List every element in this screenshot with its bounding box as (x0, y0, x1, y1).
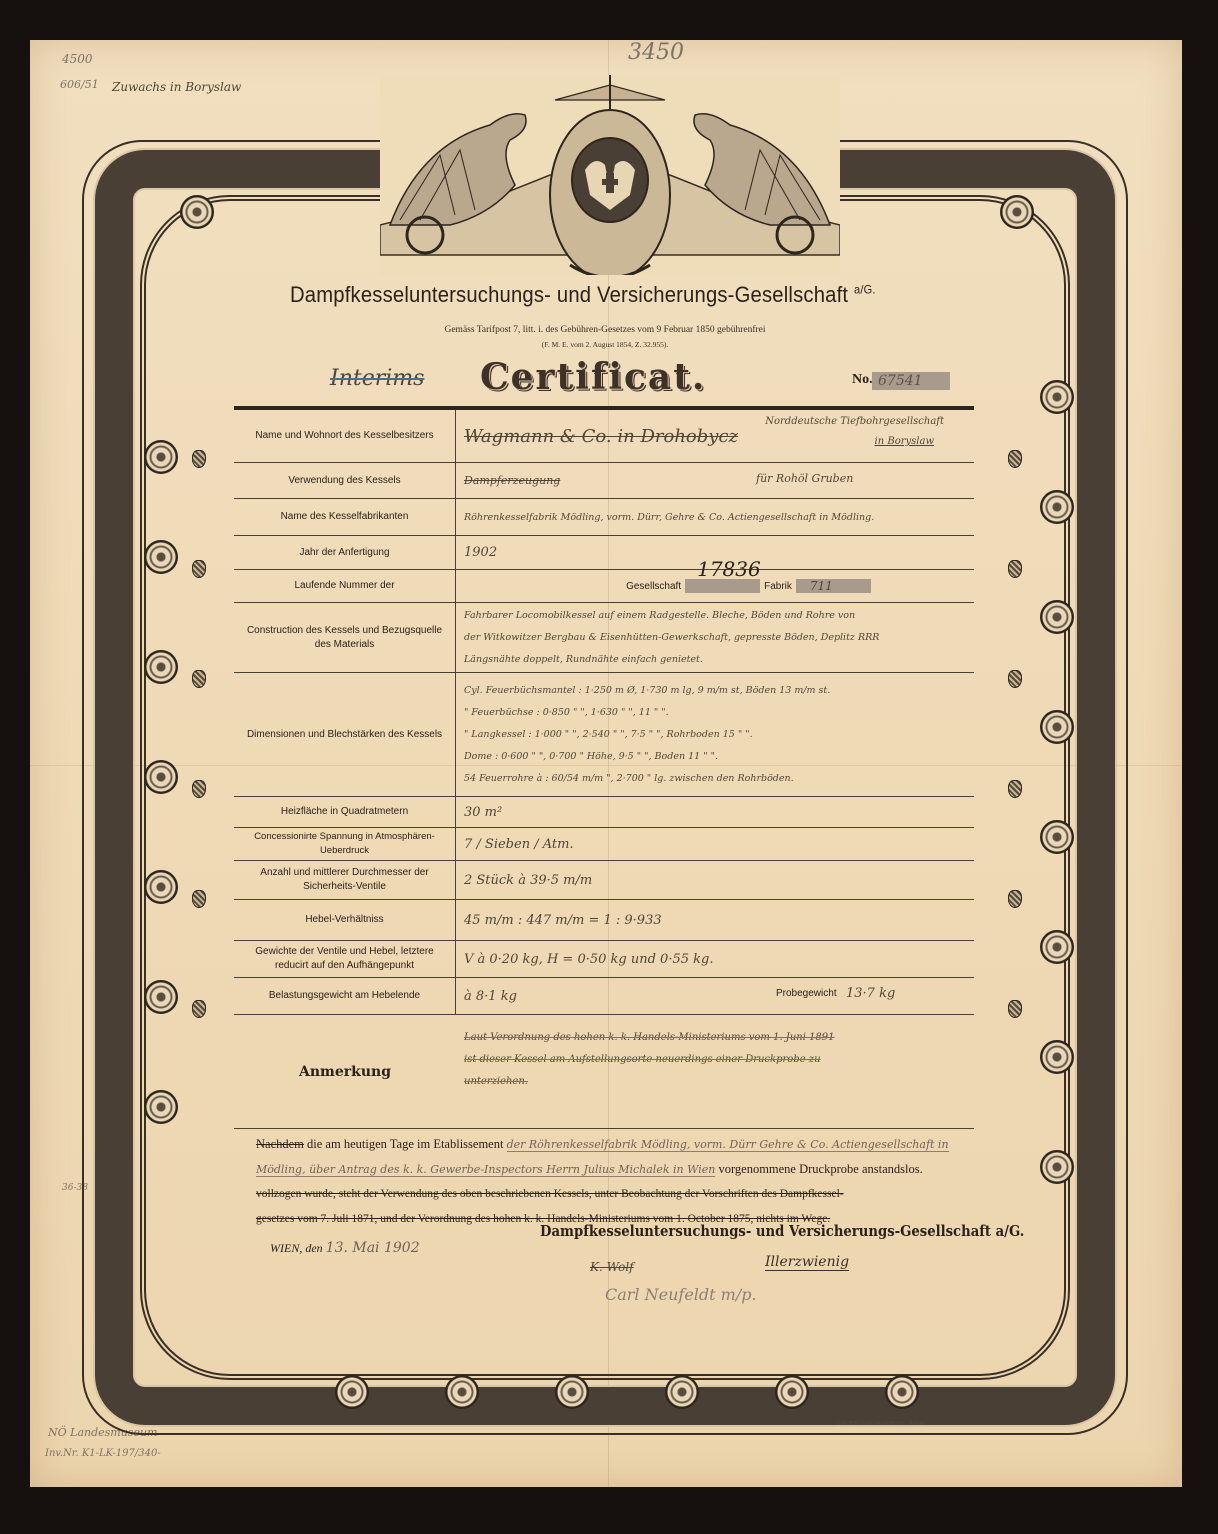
row-label: Name des Kesselfabrikanten (234, 499, 456, 535)
company-suffix: a/G. (854, 283, 876, 297)
acorn-ornament (1008, 670, 1022, 688)
construction-line: Fahrbarer Locomobilkessel auf einem Radg… (464, 605, 966, 627)
statement-word-nachdem: Nachdem (256, 1137, 304, 1151)
row-label: Verwendung des Kessels (234, 463, 456, 498)
statement-text: vorgenommene Druckprobe (718, 1162, 858, 1176)
dimension-line: Dome : 0·600 " ", 0·700 " Höhe, 9·5 " ",… (464, 746, 966, 768)
statement-struck-line: vollzogen wurde, steht der Verwendung de… (256, 1182, 956, 1207)
fabrik-number: 711 (796, 579, 871, 593)
probe-weight-label: Probegewicht (776, 988, 837, 999)
table-row-manufacturer: Name des Kesselfabrikanten Röhrenkesself… (234, 499, 974, 536)
table-row-year: Jahr der Anfertigung 1902 (234, 536, 974, 570)
row-label: Laufende Nummer der (234, 570, 456, 602)
signature-struck: K. Wolf (590, 1260, 634, 1274)
row-label: Jahr der Anfertigung (234, 536, 456, 569)
row-label: Concessionirte Spannung in Atmosphären-U… (234, 828, 456, 860)
rosette-ornament (144, 870, 178, 904)
rosette-ornament (555, 1375, 589, 1409)
row-label: Name und Wohnort des Kesselbesitzers (234, 410, 456, 462)
row-label: Hebel-Verhältniss (234, 900, 456, 940)
rosette-ornament (1040, 490, 1074, 524)
row-value: 45 m/m : 447 m/m = 1 : 9·933 (456, 900, 974, 940)
owner-added-line2: in Boryslaw (875, 436, 934, 447)
owner-added-line1: Norddeutsche Tiefbohrgesellschaft (765, 416, 944, 427)
pencil-note-4500: 4500 (62, 52, 93, 66)
probe-weight-value: 13·7 kg (846, 986, 895, 1001)
table-row-lever-ratio: Hebel-Verhältniss 45 m/m : 447 m/m = 1 :… (234, 900, 974, 941)
company-signature-heading: Dampfkesseluntersuchungs- und Versicheru… (540, 1222, 1024, 1240)
signature-main: Illerzwienig (765, 1254, 849, 1271)
place-date: WIEN, den 13. Mai 1902 (270, 1240, 420, 1256)
certificate-number-value: 67541 (872, 372, 950, 390)
row-value: Dampferzeugung für Rohöl Gruben (456, 463, 974, 498)
rosette-ornament (665, 1375, 699, 1409)
construction-line: Längsnähte doppelt, Rundnähte einfach ge… (464, 649, 966, 671)
pencil-note-3450: 3450 (628, 40, 684, 65)
remark-struck-line: ist dieser Kessel am Aufstellungsorte ne… (464, 1049, 966, 1071)
struck-interims-word: Interims (330, 366, 424, 391)
table-row-heating-surface: Heizfläche in Quadratmetern 30 m² (234, 797, 974, 828)
pencil-note-inventory: 606/51 (60, 78, 99, 91)
acorn-ornament (192, 560, 206, 578)
rosette-ornament (144, 440, 178, 474)
usage-struck-text: Dampferzeugung (464, 474, 966, 487)
company-name-heading: Dampfkesseluntersuchungs- und Versicheru… (290, 282, 879, 308)
acorn-ornament (192, 450, 206, 468)
row-value: Cyl. Feuerbüchsmantel : 1·250 m Ø, 1·730… (456, 673, 974, 796)
museum-stamp-line2: Inv.Nr. K1-LK-197/340- (45, 1448, 161, 1459)
rosette-ornament (1040, 1150, 1074, 1184)
tariff-note-line2: (F. M. E. vom 2. August 1854, Z. 32.955)… (255, 340, 955, 349)
acorn-ornament (192, 1000, 206, 1018)
rosette-ornament (885, 1375, 919, 1409)
gesellschaft-number: 17836 (697, 557, 761, 581)
rosette-ornament (335, 1375, 369, 1409)
table-row-load-weight: Belastungsgewicht am Hebelende à 8·1 kg … (234, 978, 974, 1015)
table-row-remarks: Anmerkung Laut Verordnung des hohen k. k… (234, 1015, 974, 1129)
dimension-line: " Langkessel : 1·000 " ", 2·540 " ", 7·5… (464, 724, 966, 746)
table-row-construction: Construction des Kessels und Bezugsquell… (234, 603, 974, 673)
row-value: Fahrbarer Locomobilkessel auf einem Radg… (456, 603, 974, 672)
table-row-usage: Verwendung des Kessels Dampferzeugung fü… (234, 463, 974, 499)
tariff-note-line1: Gemäss Tarifpost 7, litt. i. des Gebühre… (255, 325, 955, 335)
dimension-line: 54 Feuerrohre à : 60/54 m/m ", 2·700 " l… (464, 768, 966, 790)
rosette-ornament (144, 1090, 178, 1124)
row-label: Heizfläche in Quadratmetern (234, 797, 456, 827)
row-value: 7 / Sieben / Atm. (456, 828, 974, 860)
table-row-dimensions: Dimensionen und Blechstärken des Kessels… (234, 673, 974, 797)
table-row-serial: Laufende Nummer der Gesellschaft 17836 F… (234, 570, 974, 603)
table-row-pressure: Concessionirte Spannung in Atmosphären-U… (234, 828, 974, 861)
signature-pencil: Carl Neufeldt m/p. (605, 1285, 757, 1304)
table-row-safety-valves: Anzahl und mittlerer Durchmesser der Sic… (234, 861, 974, 900)
gesellschaft-box: 17836 (685, 579, 760, 593)
fabrik-label: Fabrik (764, 581, 792, 592)
row-value: V à 0·20 kg, H = 0·50 kg und 0·55 kg. (456, 941, 974, 977)
dimension-line: Cyl. Feuerbüchsmantel : 1·250 m Ø, 1·730… (464, 680, 966, 702)
acorn-ornament (192, 780, 206, 798)
row-label: Dimensionen und Blechstärken des Kessels (234, 673, 456, 796)
row-label: Anzahl und mittlerer Durchmesser der Sic… (234, 861, 456, 899)
row-value: Röhrenkesselfabrik Mödling, vorm. Dürr, … (456, 499, 974, 535)
acorn-ornament (1008, 780, 1022, 798)
gesellschaft-label: Gesellschaft (626, 581, 681, 592)
table-row-weights: Gewichte der Ventile und Hebel, letztere… (234, 941, 974, 978)
row-label: Anmerkung (234, 1015, 456, 1128)
rosette-ornament (144, 980, 178, 1014)
acorn-ornament (192, 670, 206, 688)
rosette-ornament (144, 760, 178, 794)
acorn-ornament (1008, 560, 1022, 578)
row-value: Laut Verordnung des hohen k. k. Handels-… (456, 1015, 974, 1128)
row-value: Gesellschaft 17836 Fabrik 711 (456, 570, 974, 602)
row-label: Construction des Kessels und Bezugsquell… (234, 603, 456, 672)
rosette-ornament (180, 195, 214, 229)
statement-handwritten-2: Mödling, über Antrag des k. k. Gewerbe-I… (256, 1163, 715, 1177)
rosette-ornament (1000, 195, 1034, 229)
row-value: 2 Stück à 39·5 m/m (456, 861, 974, 899)
rosette-ornament (1040, 1040, 1074, 1074)
acorn-ornament (1008, 1000, 1022, 1018)
rosette-ornament (1040, 930, 1074, 964)
company-name-text: Dampfkesseluntersuchungs- und Versicheru… (290, 282, 848, 307)
acorn-ornament (1008, 890, 1022, 908)
row-value: 30 m² (456, 797, 974, 827)
remark-struck-line: Laut Verordnung des hohen k. k. Handels-… (464, 1027, 966, 1049)
rosette-ornament (1040, 600, 1074, 634)
rosette-ornament (445, 1375, 479, 1409)
dimension-line: " Feuerbüchse : 0·850 " ", 1·630 " ", 11… (464, 702, 966, 724)
rosette-ornament (1040, 820, 1074, 854)
place-label: WIEN, den (270, 1241, 323, 1255)
usage-added-text: für Rohöl Gruben (756, 472, 853, 485)
printer-mark: DRUCK: STEYRERMÜHL. WIEN (838, 1421, 924, 1427)
acorn-ornament (1008, 450, 1022, 468)
issue-date: 13. Mai 1902 (326, 1240, 420, 1256)
remark-struck-line: unterziehen. (464, 1071, 966, 1093)
construction-line: der Witkowitzer Bergbau & Eisenhütten-Ge… (464, 627, 966, 649)
row-value: Wagmann & Co. in Drohobycz Norddeutsche … (456, 410, 974, 462)
row-label: Belastungsgewicht am Hebelende (234, 978, 456, 1014)
rosette-ornament (775, 1375, 809, 1409)
rosette-ornament (144, 650, 178, 684)
acorn-ornament (192, 890, 206, 908)
pencil-note-zuwachs: Zuwachs in Boryslaw (112, 80, 241, 94)
inspection-statement: Nachdem die am heutigen Tage im Etabliss… (256, 1132, 956, 1232)
rosette-ornament (144, 540, 178, 574)
rosette-ornament (1040, 380, 1074, 414)
row-value: à 8·1 kg Probegewicht 13·7 kg (456, 978, 974, 1014)
anmerkung-label: Anmerkung (299, 1065, 391, 1079)
griffin-crest-emblem (380, 75, 840, 275)
statement-text: die am heutigen Tage im Etablissement (307, 1137, 503, 1151)
rosette-ornament (1040, 710, 1074, 744)
certificate-number-label: No. (852, 372, 873, 388)
row-label: Gewichte der Ventile und Hebel, letztere… (234, 941, 456, 977)
table-row-owner: Name und Wohnort des Kesselbesitzers Wag… (234, 410, 974, 463)
statement-handwritten-1: der Röhrenkesselfabrik Mödling, vorm. Dü… (507, 1138, 949, 1152)
certificate-title: Certificat. (480, 356, 706, 398)
boiler-data-table: Name und Wohnort des Kesselbesitzers Wag… (234, 406, 974, 1129)
statement-text: anstandslos. (862, 1162, 923, 1176)
